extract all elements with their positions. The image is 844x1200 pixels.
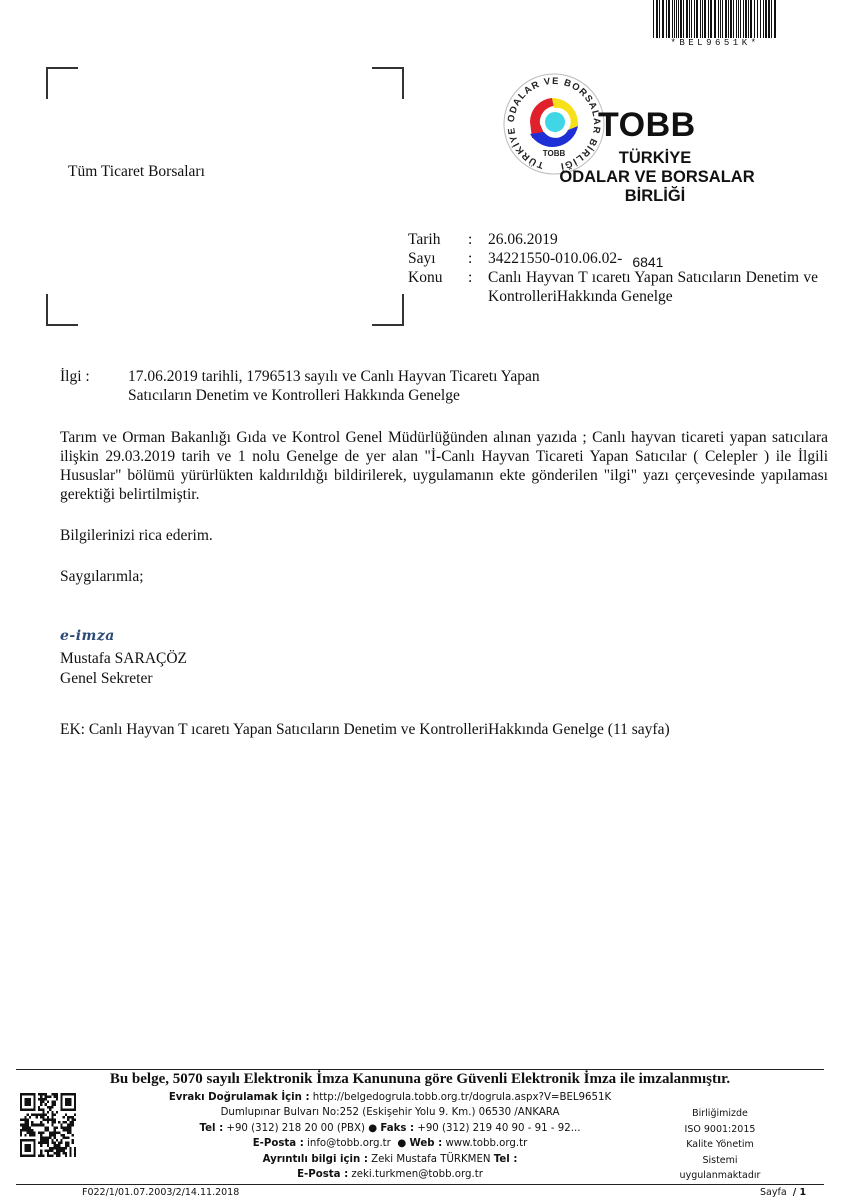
brand-name: TOBB [598, 106, 696, 145]
address-window-corner-bottom-left [46, 294, 78, 326]
contact-tel-label: Tel : [494, 1154, 518, 1165]
separator: : [468, 268, 488, 306]
iso-line: Kalite Yönetim [665, 1137, 775, 1153]
signer-title: Genel Sekreter [60, 669, 153, 688]
svg-text:TOBB: TOBB [543, 149, 566, 158]
reference-text: 17.06.2019 tarihli, 1796513 sayılı ve Ca… [128, 367, 548, 405]
qr-code-icon [20, 1093, 76, 1157]
bullet: ● [397, 1138, 406, 1149]
closing-regards: Saygılarımla; [60, 567, 144, 586]
email-web-line: E-Posta : info@tobb.org.tr ● Web : www.t… [160, 1136, 620, 1151]
page-count: / 1 [793, 1187, 806, 1198]
contact-email-label: E-Posta : [297, 1169, 348, 1180]
tel-value: +90 (312) 218 20 00 (PBX) [226, 1123, 365, 1134]
footer-contact-block: Evrakı Doğrulamak İçin : http://belgedog… [160, 1090, 620, 1182]
footer-divider-bottom [16, 1184, 824, 1185]
address-window-corner-top-right [372, 67, 404, 99]
page-label: Sayfa [760, 1187, 787, 1198]
contact-line: Ayrıntılı bilgi için : Zeki Mustafa TÜRK… [160, 1152, 620, 1167]
email-link[interactable]: info@tobb.org.tr [307, 1138, 391, 1149]
web-label: Web : [410, 1138, 443, 1149]
iso-line: uygulanmaktadır [665, 1168, 775, 1184]
signer-name: Mustafa SARAÇÖZ [60, 649, 187, 668]
attachment-line: EK: Canlı Hayvan T ıcaretı Yapan Satıcıl… [60, 720, 670, 739]
phone-line: Tel : +90 (312) 218 20 00 (PBX) ● Faks :… [160, 1121, 620, 1136]
meta-date-row: Tarih : 26.06.2019 [408, 230, 818, 249]
contact-email-link[interactable]: zeki.turkmen@tobb.org.tr [351, 1169, 483, 1180]
address-window-corner-top-left [46, 67, 78, 99]
address-line: Dumlupınar Bulvarı No:252 (Eskişehir Yol… [160, 1105, 620, 1120]
tel-label: Tel : [200, 1123, 224, 1134]
web-link[interactable]: www.tobb.org.tr [445, 1138, 527, 1149]
date-label: Tarih [408, 230, 468, 249]
reference-label: İlgi : [60, 367, 90, 386]
e-signature-notice: Bu belge, 5070 sayılı Elektronik İmza Ka… [16, 1071, 824, 1088]
closing-request: Bilgilerinizi rica ederim. [60, 526, 213, 545]
iso-line: ISO 9001:2015 [665, 1122, 775, 1138]
fax-value: +90 (312) 219 40 90 - 91 - 92... [417, 1123, 580, 1134]
meta-subject-row: Konu : Canlı Hayvan T ıcaretı Yapan Satı… [408, 268, 818, 306]
contact-label: Ayrıntılı bilgi için : [263, 1154, 368, 1165]
contact-email-line: E-Posta : zeki.turkmen@tobb.org.tr [160, 1167, 620, 1182]
bullet: ● [368, 1123, 377, 1134]
number-label: Sayı [408, 249, 468, 268]
barcode-text: *BEL9651K* [652, 38, 778, 48]
separator: : [468, 230, 488, 249]
meta-number-row: Sayı : 34221550-010.06.02-6841 [408, 249, 818, 268]
org-name-line: BİRLİĞİ [600, 187, 710, 206]
subject-label: Konu [408, 268, 468, 306]
address-window-corner-bottom-right [372, 294, 404, 326]
fax-label: Faks : [380, 1123, 414, 1134]
org-name-line: ODALAR VE BORSALAR [550, 168, 764, 187]
email-label: E-Posta : [253, 1138, 304, 1149]
separator: : [468, 249, 488, 268]
number-value-wrap: 34221550-010.06.02-6841 [488, 249, 818, 268]
org-name-line: TÜRKİYE [600, 149, 710, 168]
form-code: F022/1/01.07.2003/2/14.11.2018 [82, 1187, 239, 1198]
verify-link[interactable]: http://belgedogrula.tobb.org.tr/dogrula.… [313, 1092, 611, 1103]
page-number: Sayfa / 1 [760, 1187, 806, 1198]
iso-line: Sistemi [665, 1153, 775, 1169]
body-paragraph: Tarım ve Orman Bakanlığı Gıda ve Kontrol… [60, 428, 828, 504]
number-value: 34221550-010.06.02- [488, 250, 622, 267]
iso-certification-note: Birliğimizde ISO 9001:2015 Kalite Yöneti… [665, 1106, 775, 1184]
e-signature-mark: e-imza [60, 628, 115, 644]
footer-divider-top [16, 1069, 824, 1070]
contact-name: Zeki Mustafa TÜRKMEN [371, 1154, 490, 1165]
verify-label: Evrakı Doğrulamak İçin : [169, 1092, 310, 1103]
barcode [652, 0, 778, 38]
subject-value: Canlı Hayvan T ıcaretı Yapan Satıcıların… [488, 268, 818, 306]
date-value: 26.06.2019 [488, 230, 818, 249]
iso-line: Birliğimizde [665, 1106, 775, 1122]
recipient: Tüm Ticaret Borsaları [68, 162, 205, 181]
tobb-logo-icon: TÜRKİYE ODALAR VE BORSALAR BİRLİĞİ TOBB [500, 72, 608, 176]
verify-line: Evrakı Doğrulamak İçin : http://belgedog… [160, 1090, 620, 1105]
